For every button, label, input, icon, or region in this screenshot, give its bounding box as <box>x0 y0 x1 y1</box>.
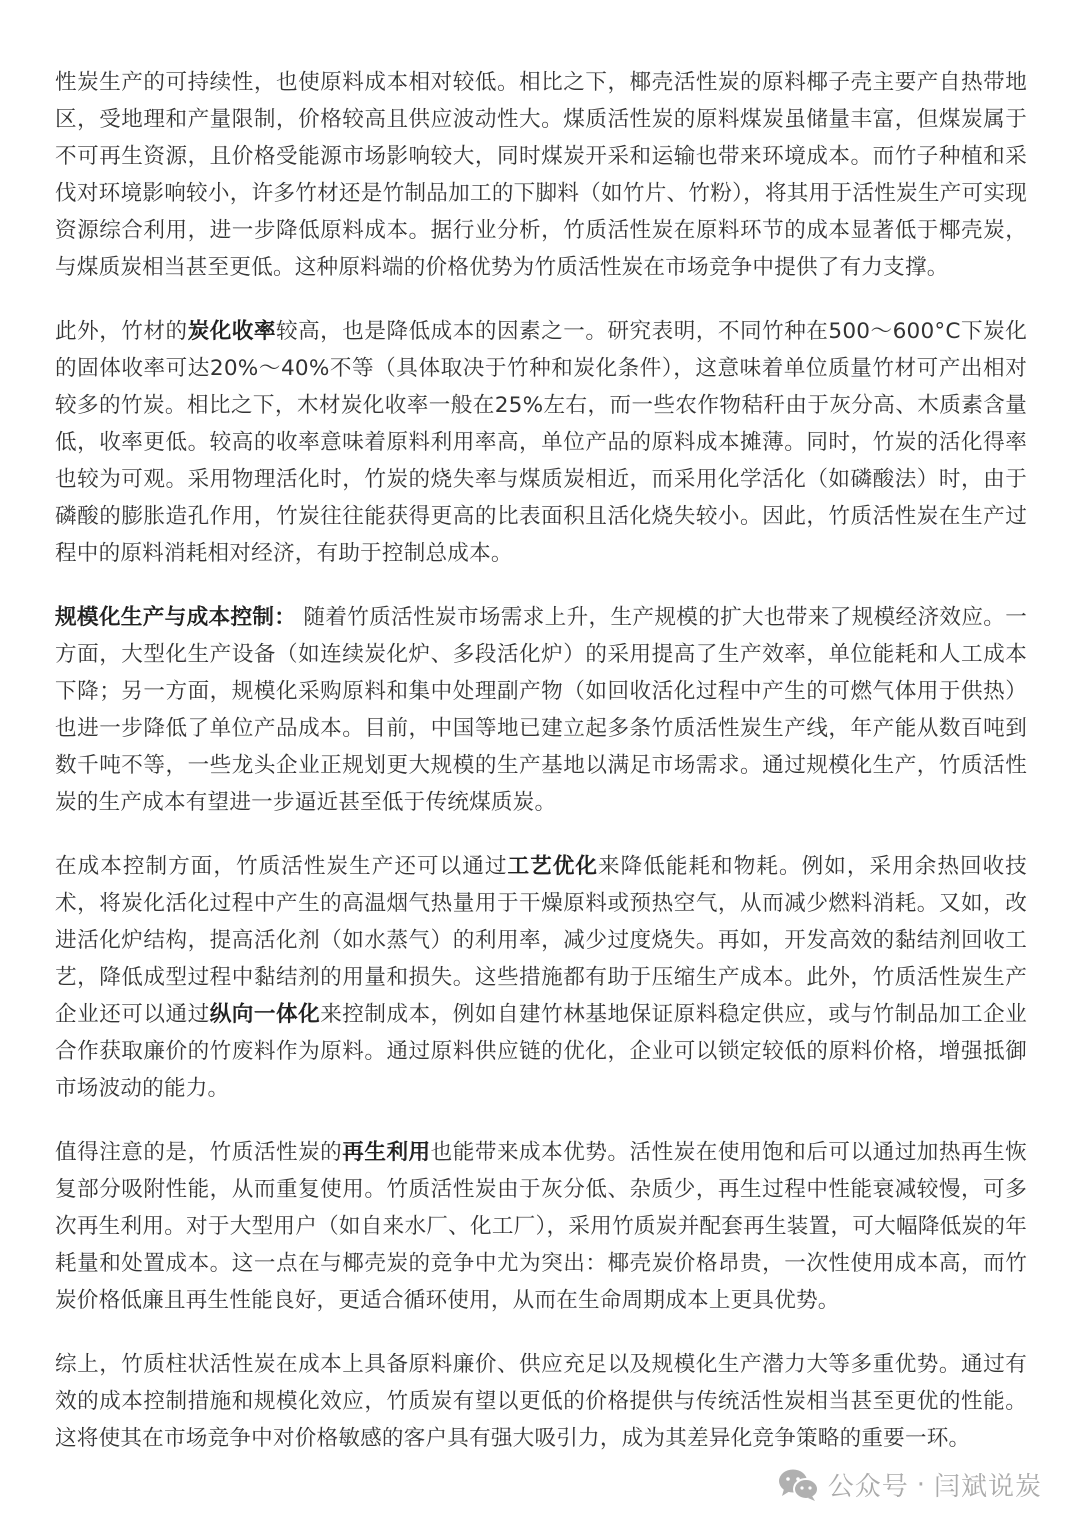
paragraph-text: 综上，竹质柱状活性炭在成本上具备原料廉价、供应充足以及规模化生产潜力大等多重优势… <box>55 1352 1027 1451</box>
paragraph-text: 随着竹质活性炭市场需求上升，生产规模的扩大也带来了规模经济效应。一方面，大型化生… <box>55 605 1027 815</box>
paragraph-text: 此外，竹材的 <box>55 319 188 344</box>
paragraph-raw-material-cost: 性炭生产的可持续性，也使原料成本相对较低。相比之下，椰壳活性炭的原料椰子壳主要产… <box>55 64 1027 286</box>
paragraph-summary: 综上，竹质柱状活性炭在成本上具备原料廉价、供应充足以及规模化生产潜力大等多重优势… <box>55 1346 1027 1457</box>
wechat-icon <box>778 1468 820 1502</box>
paragraph-text: 在成本控制方面，竹质活性炭生产还可以通过 <box>55 854 507 879</box>
article-body: 性炭生产的可持续性，也使原料成本相对较低。相比之下，椰壳活性炭的原料椰子壳主要产… <box>55 64 1027 1484</box>
watermark-account: 闫斌说炭 <box>934 1466 1042 1503</box>
bold-keyword: 纵向一体化 <box>210 1002 321 1027</box>
paragraph-regeneration: 值得注意的是，竹质活性炭的再生利用也能带来成本优势。活性炭在使用饱和后可以通过加… <box>55 1134 1027 1319</box>
bold-keyword: 炭化收率 <box>188 319 276 344</box>
paragraph-text: 也能带来成本优势。活性炭在使用饱和后可以通过加热再生恢复部分吸附性能，从而重复使… <box>55 1140 1027 1313</box>
paragraph-text: 性炭生产的可持续性，也使原料成本相对较低。相比之下，椰壳活性炭的原料椰子壳主要产… <box>55 70 1027 280</box>
bold-keyword: 再生利用 <box>342 1140 430 1165</box>
bold-keyword: 工艺优化 <box>507 854 598 879</box>
watermark: 公众号 · 闫斌说炭 <box>778 1466 1042 1503</box>
watermark-label: 公众号 <box>828 1466 909 1503</box>
section-heading: 规模化生产与成本控制： <box>55 605 296 630</box>
paragraph-carbonization-yield: 此外，竹材的炭化收率较高，也是降低成本的因素之一。研究表明，不同竹种在500～6… <box>55 313 1027 572</box>
paragraph-scale-production: 规模化生产与成本控制： 随着竹质活性炭市场需求上升，生产规模的扩大也带来了规模经… <box>55 599 1027 821</box>
paragraph-text: 较高，也是降低成本的因素之一。研究表明，不同竹种在500～600°C下炭化的固体… <box>55 319 1027 566</box>
watermark-separator: · <box>917 1470 926 1500</box>
paragraph-text: 值得注意的是，竹质活性炭的 <box>55 1140 342 1165</box>
paragraph-process-optimization: 在成本控制方面，竹质活性炭生产还可以通过工艺优化来降低能耗和物耗。例如，采用余热… <box>55 848 1027 1107</box>
